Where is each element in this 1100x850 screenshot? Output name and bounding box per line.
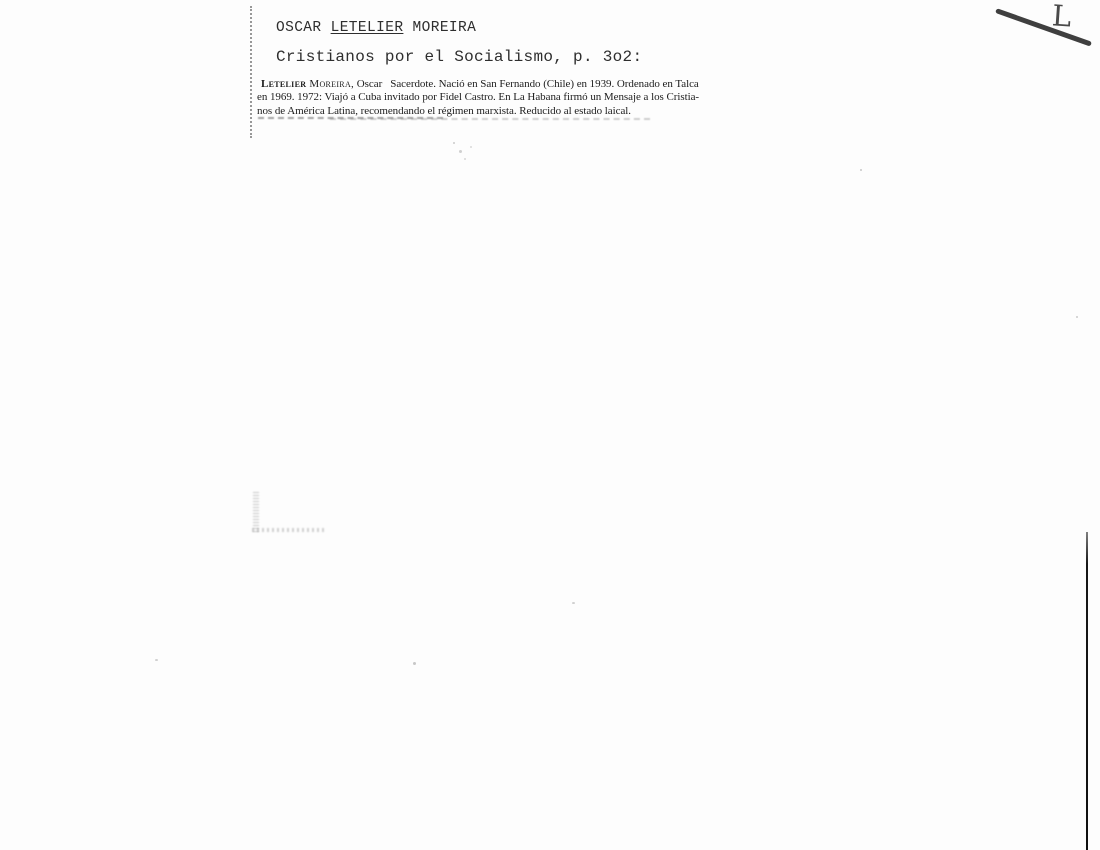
excerpt-surname2: Moreira, bbox=[306, 78, 354, 90]
toner-speck bbox=[470, 146, 472, 148]
toner-speck bbox=[860, 169, 862, 171]
page-edge-scan-line bbox=[1086, 532, 1088, 850]
excerpt-line-2: en 1969. 1972: Viajó a Cuba invitado por… bbox=[257, 91, 767, 104]
heading-name-underlined: LETELIER bbox=[331, 20, 404, 36]
excerpt-line-3: nos de América Latina, recomendando el r… bbox=[257, 105, 767, 118]
scan-smudge-line-faint bbox=[330, 118, 650, 120]
heading-name-before: OSCAR bbox=[276, 20, 331, 36]
scan-corner-smudge-vertical bbox=[253, 492, 259, 532]
pen-diagonal-stroke bbox=[995, 8, 1092, 46]
scan-margin-dotted-line bbox=[250, 6, 252, 138]
toner-speck bbox=[155, 659, 158, 661]
toner-speck bbox=[1076, 316, 1078, 318]
heading-source-line: Cristianos por el Socialismo, p. 3o2: bbox=[276, 48, 642, 66]
scanned-document-page: OSCAR LETELIER MOREIRA Cristianos por el… bbox=[0, 0, 1100, 850]
card-heading: OSCAR LETELIER MOREIRA Cristianos por el… bbox=[276, 20, 642, 66]
toner-speck bbox=[572, 602, 575, 604]
heading-name-after: MOREIRA bbox=[403, 20, 476, 36]
excerpt-line1-text: Oscar Sacerdote. Nació en San Fernando (… bbox=[354, 78, 699, 90]
toner-speck bbox=[413, 662, 416, 665]
heading-name-line: OSCAR LETELIER MOREIRA bbox=[276, 20, 642, 37]
excerpt-surname-bold: Letelier bbox=[261, 78, 306, 90]
toner-speck bbox=[453, 142, 455, 144]
toner-speck bbox=[464, 158, 466, 160]
toner-speck bbox=[459, 150, 462, 153]
scan-corner-smudge-horizontal bbox=[252, 528, 326, 532]
excerpt-line-1: Letelier Moreira, Oscar Sacerdote. Nació… bbox=[257, 78, 767, 91]
printed-excerpt: Letelier Moreira, Oscar Sacerdote. Nació… bbox=[257, 78, 767, 118]
handwritten-letter-mark: L bbox=[1051, 1, 1072, 31]
